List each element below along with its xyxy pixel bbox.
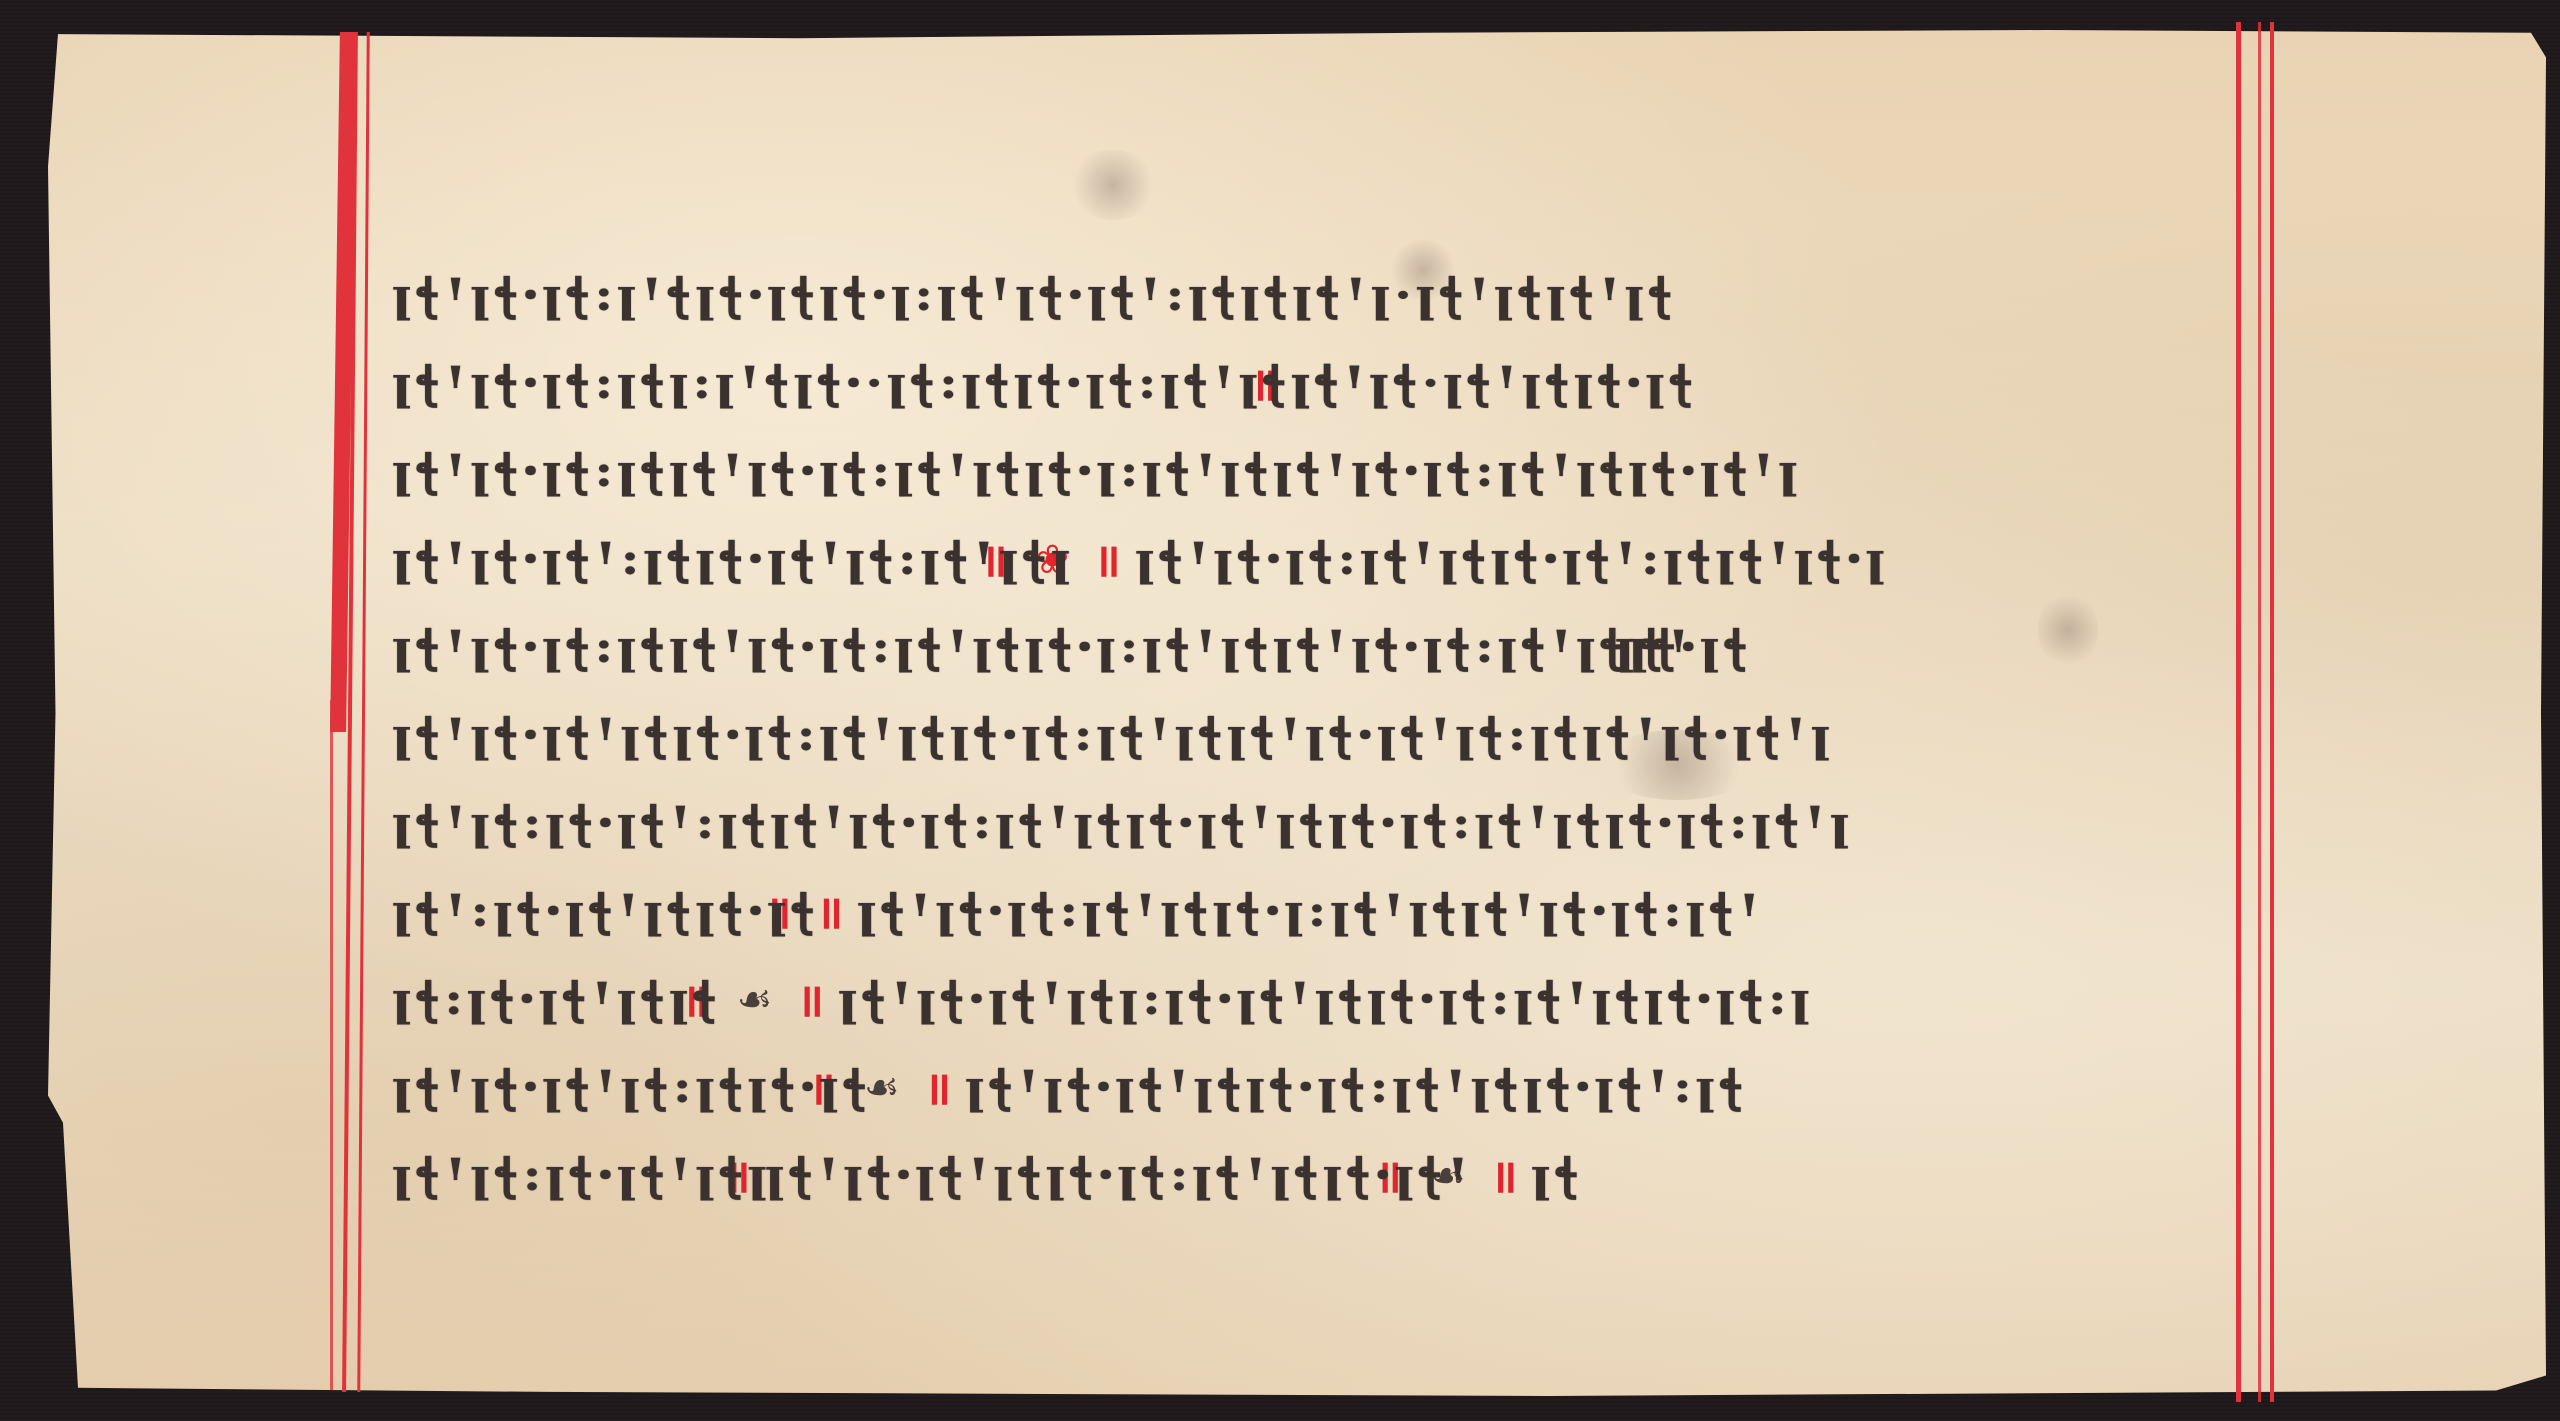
manuscript-line: ꞁꞎꞋꞁꞎꞏꞁꞎ:ꞁꞎꞁ:ꞁꞋꞎꞁꞎꞏ·ꞁꞎ:ꞁꞎꞁꞎꞏꞁꞎ:ꞁꞎꞋꞁꞎꞁꞎꞋꞁ… [392,340,2242,428]
script-text: ꞁꞎꞋꞁꞎꞏꞁꞎꞋꞁꞎ:ꞁꞎꞁꞎꞏꞁꞎ [392,1044,871,1132]
script-text: ꞁꞎꞋꞁꞎꞏꞁꞎ:ꞁꞎꞁꞎꞋꞁꞎꞏꞁꞎ:ꞁꞎꞋꞁꞎꞁꞎꞏꞁ:ꞁꞎꞋꞁꞎꞁꞎꞋꞁꞎ… [392,428,1802,516]
red-double-danda: ॥ [816,868,848,956]
left-margin-rule [330,700,333,1390]
red-double-danda: ॥ [924,1044,956,1132]
script-text: ꞁꞎꞋꞁꞎ:ꞁꞎꞏꞁꞎꞋ:ꞁꞎꞁꞎꞋꞁꞎꞏꞁꞎ:ꞁꞎꞋꞁꞎꞁꞎꞏꞁꞎꞋꞁꞎꞁꞎꞏ… [392,780,1853,868]
script-text: ꞁꞎꞋꞁꞎꞏꞁꞎ:ꞁꞎꞋꞁꞎꞁꞎꞏꞁ:ꞁꞎꞋꞁꞎꞁꞎꞋꞁꞎꞏꞁꞎ:ꞁꞎꞋ [857,868,1764,956]
script-text: ꞁꞎꞋꞁꞎꞏꞁꞎꞋ:ꞁꞎꞁꞎꞏꞁꞎꞋꞁꞎ:ꞁꞎꞋꞁꞎꞁ [392,516,1074,604]
red-double-danda: ॥ [796,956,828,1044]
manuscript-line: ꞁꞎꞋꞁꞎꞏꞁꞎ:ꞁꞋꞎꞁꞎꞏꞁꞎꞁꞎꞏꞁ:ꞁꞎꞋꞁꞎꞏꞁꞎꞋ:ꞁꞎꞁꞎꞁꞎꞋꞁ… [392,252,2242,340]
script-text: ꞁꞎ:ꞁꞎꞏꞁꞎꞋꞁꞎꞁꞎ [392,956,721,1044]
script-text: ꞁꞎꞋꞁꞎꞏꞁꞎꞋꞁꞎꞁꞎꞏꞁꞎ:ꞁꞎꞋꞁꞎꞁꞎꞏꞁꞎꞋ [765,1132,1473,1220]
script-text: ꞁꞎꞋꞁꞎꞏꞁꞎꞋꞁꞎꞁꞎꞏꞁꞎ:ꞁꞎꞋꞁꞎꞁꞎꞏꞁꞎ:ꞁꞎꞋꞁꞎꞁꞎꞋꞁꞎꞏꞁ… [392,692,1834,780]
manuscript-line: ꞁꞎꞋꞁꞎꞏꞁꞎ:ꞁꞎꞁꞎꞋꞁꞎꞏꞁꞎ:ꞁꞎꞋꞁꞎꞁꞎꞏꞁ:ꞁꞎꞋꞁꞎꞁꞎꞋꞁꞎ… [392,428,2242,516]
manuscript-text: ꞁꞎꞋꞁꞎꞏꞁꞎ:ꞁꞋꞎꞁꞎꞏꞁꞎꞁꞎꞏꞁ:ꞁꞎꞋꞁꞎꞏꞁꞎꞋ:ꞁꞎꞁꞎꞁꞎꞋꞁ… [392,252,2242,1220]
script-text: ꞁꞎꞋꞁꞎꞏꞁꞎ:ꞁꞎꞁ:ꞁꞋꞎꞁꞎꞏ·ꞁꞎ:ꞁꞎꞁꞎꞏꞁꞎ:ꞁꞎꞋꞁꞎꞁꞎꞋꞁ [392,340,1392,428]
manuscript-line: ꞁꞎꞋꞁꞎ:ꞁꞎꞏꞁꞎꞋꞁꞎꞁ॥ꞁꞎꞋꞁꞎꞏꞁꞎꞋꞁꞎꞁꞎꞏꞁꞎ:ꞁꞎꞋꞁꞎꞁꞎ… [392,1132,2242,1220]
script-text: ꞁꞎꞋꞁꞎ:ꞁꞎꞏꞁꞎꞋꞁꞎꞁ [392,1132,771,1220]
script-text: ꞁꞎꞋ [1615,604,1693,692]
script-text: ꞁꞎꞋꞁꞎꞏꞁꞎꞋꞁꞎꞁꞎꞏꞁꞎ:ꞁꞎꞋꞁꞎꞁꞎꞏꞁꞎꞋ:ꞁꞎ [965,1044,1748,1132]
manuscript-line: ꞁꞎꞋꞁꞎꞏꞁꞎꞋꞁꞎ:ꞁꞎꞁꞎꞏꞁꞎ॥☙॥ꞁꞎꞋꞁꞎꞏꞁꞎꞋꞁꞎꞁꞎꞏꞁꞎ:ꞁ… [392,1044,2242,1132]
red-double-danda: ॥ [1093,516,1125,604]
script-text: ꞁꞎꞋꞁꞎꞏꞁꞎ:ꞁꞋꞎꞁꞎꞏꞁꞎꞁꞎꞏꞁ:ꞁꞎꞋꞁꞎꞏꞁꞎꞋ:ꞁꞎꞁꞎꞁꞎꞋꞁ… [392,252,1677,340]
script-text: ꞁꞎꞋꞁꞎꞏꞁꞎ:ꞁꞎꞋꞁꞎꞁꞎꞏꞁꞎꞋ:ꞁꞎꞁꞎꞋꞁꞎꞏꞁ [1135,516,1889,604]
manuscript-line: ꞁꞎꞋꞁꞎꞏꞁꞎ:ꞁꞎꞁꞎꞋꞁꞎꞏꞁꞎ:ꞁꞎꞋꞁꞎꞁꞎꞏꞁ:ꞁꞎꞋꞁꞎꞁꞎꞋꞁꞎ… [392,604,2242,692]
script-text: ꞁꞎꞋ:ꞁꞎꞏꞁꞎꞋꞁꞎꞁꞎꞏꞁꞎ [392,868,819,956]
manuscript-line: ꞁꞎꞋꞁꞎꞏꞁꞎꞋ:ꞁꞎꞁꞎꞏꞁꞎꞋꞁꞎ:ꞁꞎꞋꞁꞎꞁ॥❀॥ꞁꞎꞋꞁꞎꞏꞁꞎ:ꞁ… [392,516,2242,604]
manuscript-line: ꞁꞎꞋꞁꞎꞏꞁꞎꞋꞁꞎꞁꞎꞏꞁꞎ:ꞁꞎꞋꞁꞎꞁꞎꞏꞁꞎ:ꞁꞎꞋꞁꞎꞁꞎꞋꞁꞎꞏꞁ… [392,692,2242,780]
manuscript-line: ꞁꞎꞋꞁꞎ:ꞁꞎꞏꞁꞎꞋ:ꞁꞎꞁꞎꞋꞁꞎꞏꞁꞎ:ꞁꞎꞋꞁꞎꞁꞎꞏꞁꞎꞋꞁꞎꞁꞎꞏ… [392,780,2242,868]
script-text: ꞁꞎꞋꞁꞎꞏꞁꞎꞋꞁꞎꞁ:ꞁꞎꞏꞁꞎꞋꞁꞎꞁꞎꞏꞁꞎ:ꞁꞎꞋꞁꞎꞁꞎꞏꞁꞎ:ꞁ [838,956,1814,1044]
manuscript-line: ꞁꞎꞋ:ꞁꞎꞏꞁꞎꞋꞁꞎꞁꞎꞏꞁꞎ॥॥ꞁꞎꞋꞁꞎꞏꞁꞎ:ꞁꞎꞋꞁꞎꞁꞎꞏꞁ:ꞁꞎ… [392,868,2242,956]
red-double-danda: ॥ [1490,1132,1522,1220]
right-margin-rule [2270,22,2274,1402]
right-margin-rule [2258,22,2261,1402]
script-text: ꞁꞎꞋꞁꞎ·ꞁꞎꞋꞁꞎꞁꞎꞏꞁꞎ [1291,340,1697,428]
script-text: ꞁꞎ [1531,1132,1583,1220]
script-text: ꞁꞎꞋꞁꞎꞏꞁꞎ:ꞁꞎꞁꞎꞋꞁꞎꞏꞁꞎ:ꞁꞎꞋꞁꞎꞁꞎꞏꞁ:ꞁꞎꞋꞁꞎꞁꞎꞋꞁꞎ… [392,604,1752,692]
section-mark-icon: ☙ [737,956,773,1044]
stain [1068,150,1158,220]
manuscript-line: ꞁꞎ:ꞁꞎꞏꞁꞎꞋꞁꞎꞁꞎ॥☙॥ꞁꞎꞋꞁꞎꞏꞁꞎꞋꞁꞎꞁ:ꞁꞎꞏꞁꞎꞋꞁꞎꞁꞎꞏ… [392,956,2242,1044]
